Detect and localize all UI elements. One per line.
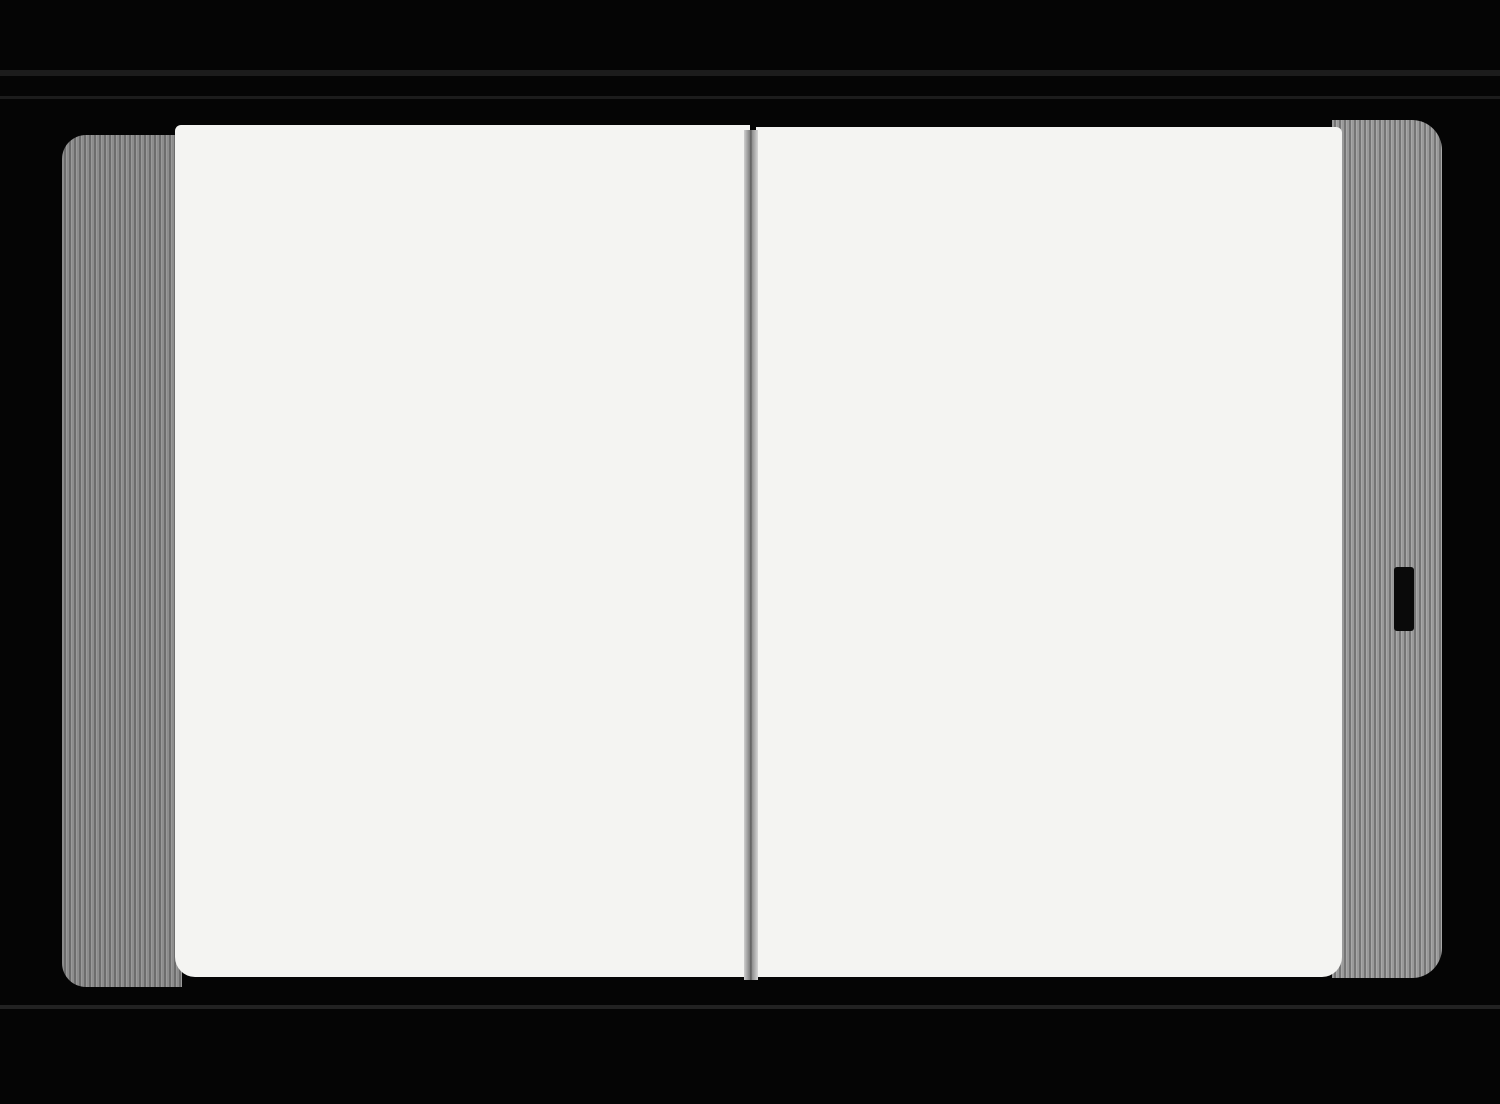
book-edge-left: [62, 135, 182, 987]
right-page: [756, 127, 1342, 977]
index-tab: [1394, 567, 1414, 631]
scan-artifact: [0, 96, 1500, 99]
book-gutter: [744, 130, 758, 980]
book-edge-right: [1332, 120, 1442, 978]
scan-artifact: [0, 1005, 1500, 1009]
scan-artifact: [0, 70, 1500, 76]
left-page: [175, 125, 750, 977]
